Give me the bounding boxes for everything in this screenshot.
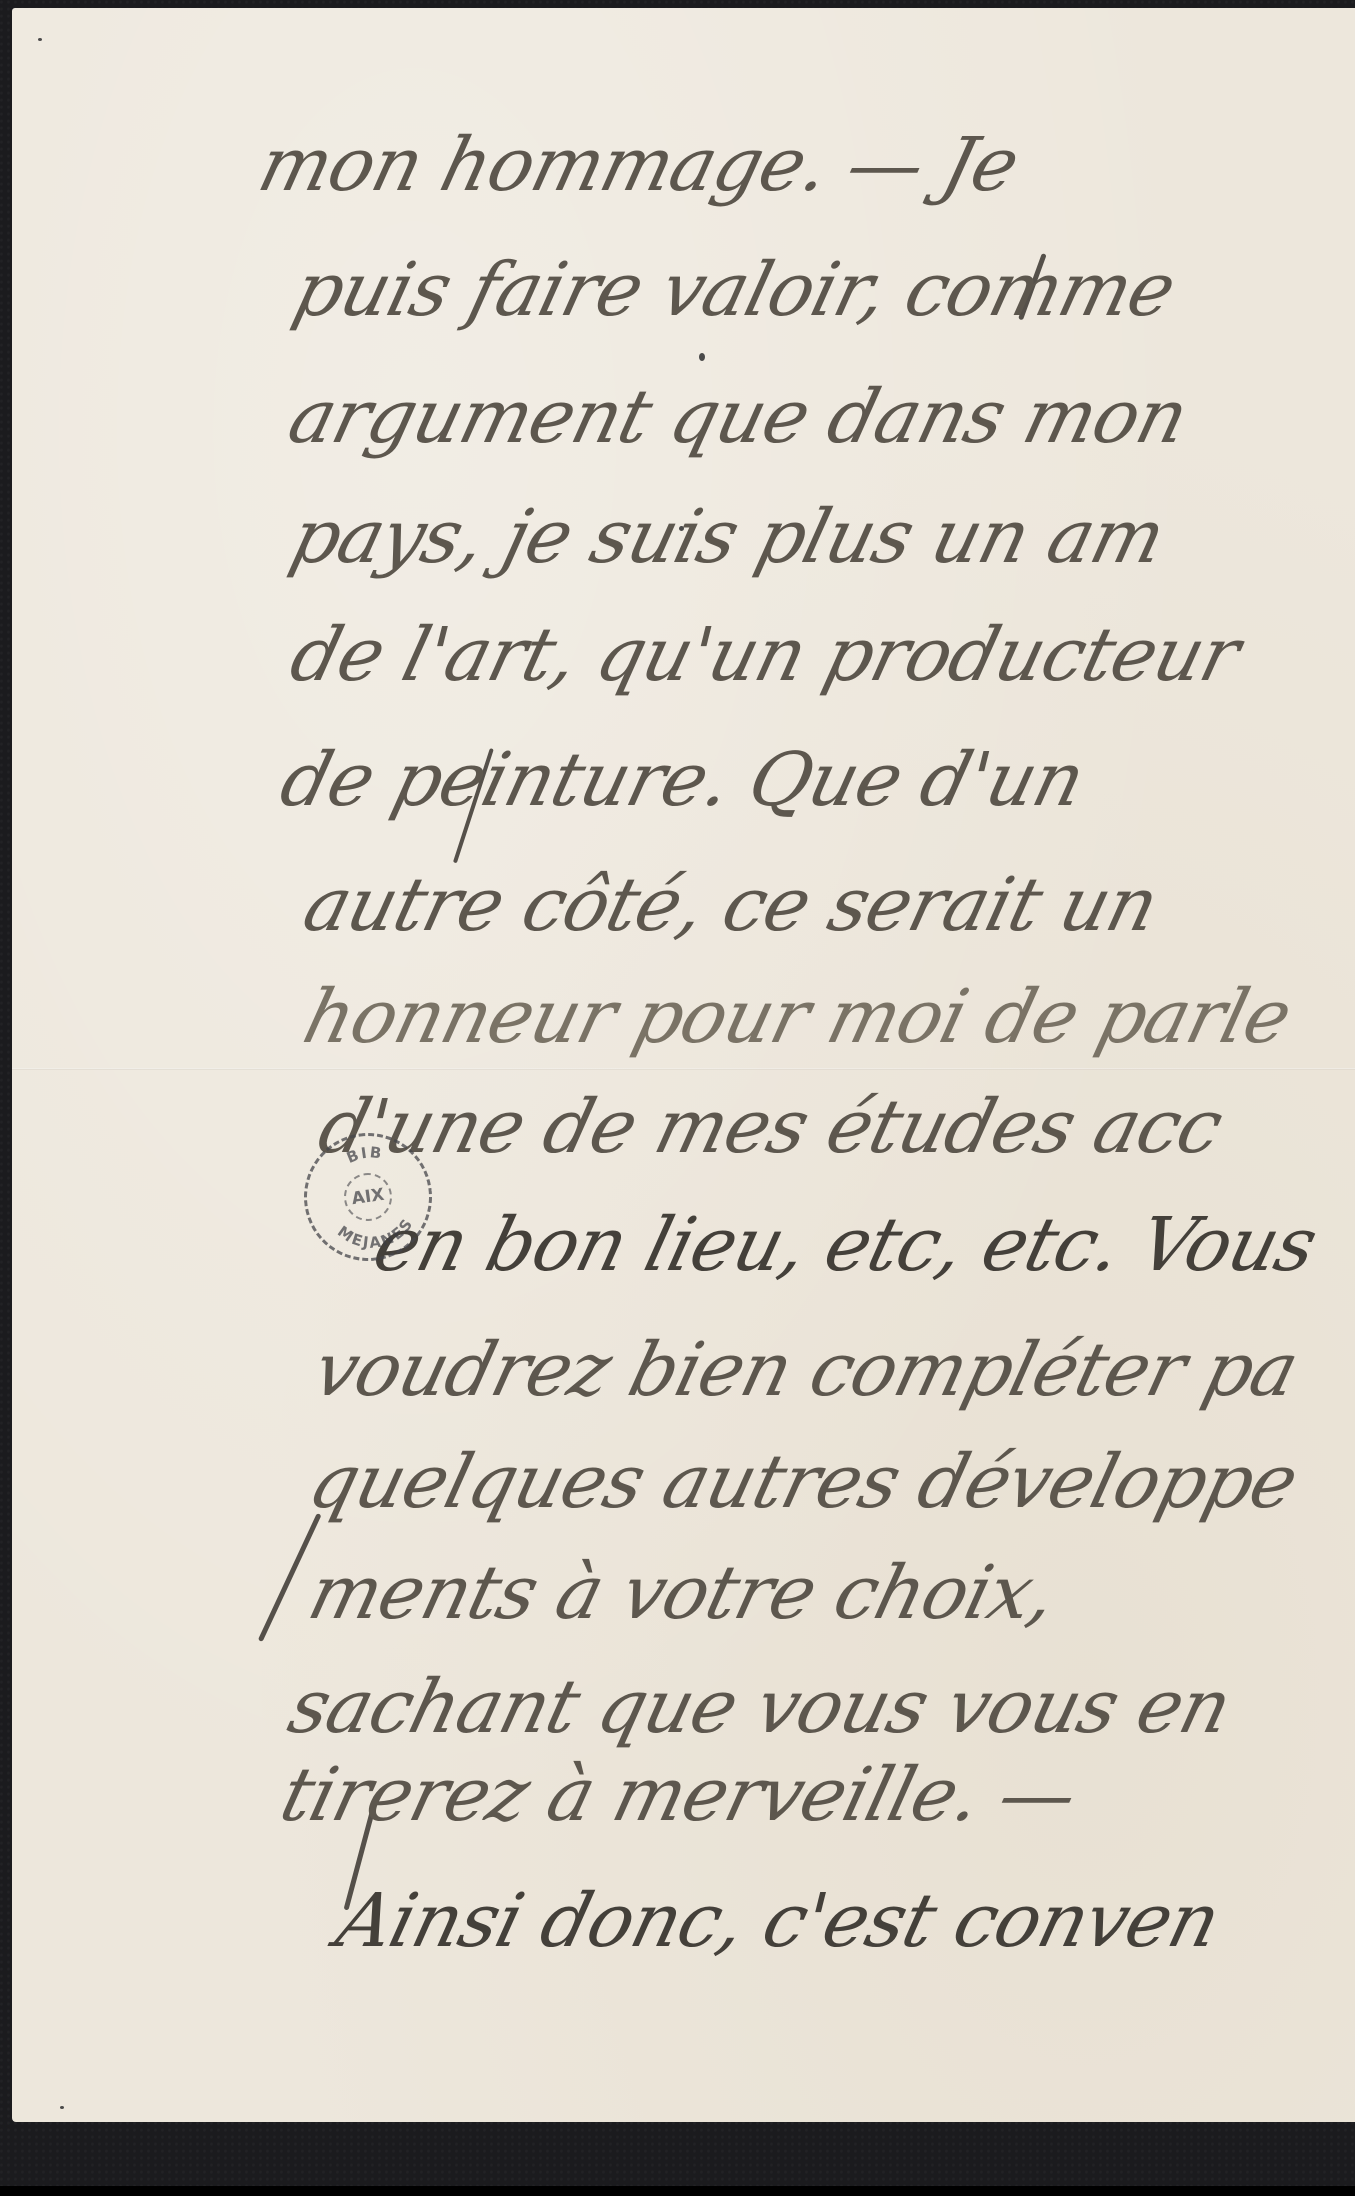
fold-crease bbox=[12, 1068, 1355, 1070]
letter-line-11: voudrez bien compléter pa bbox=[307, 1333, 1304, 1407]
letter-line-4: pays, je suis plus un am bbox=[284, 500, 1171, 574]
letter-line-2: puis faire valoir, comme bbox=[287, 253, 1182, 327]
letter-line-6: de peinture. Que d'un bbox=[274, 743, 1091, 817]
letter-line-15: tirerez à merveille. — bbox=[274, 1758, 1083, 1832]
letter-line-8: honneur pour moi de parle bbox=[297, 980, 1298, 1054]
letter-line-7: autre côté, ce serait un bbox=[297, 868, 1164, 942]
library-stamp: MEJANES BIB AIX bbox=[296, 1125, 441, 1270]
letter-line-5: de l'art, qu'un producteur bbox=[284, 618, 1246, 692]
stamp-ring-top-text: BIB bbox=[343, 1141, 386, 1167]
letter-line-13: ments à votre choix, bbox=[302, 1556, 1062, 1630]
letter-line-14: sachant que vous vous en bbox=[282, 1670, 1238, 1744]
letter-line-12: quelques autres développe bbox=[302, 1445, 1304, 1519]
letter-line-3: argument que dans mon bbox=[282, 380, 1194, 454]
letter-line-1: mon hommage. — Je bbox=[252, 128, 1025, 202]
letter-line-10: en bon lieu, etc, etc. Vous bbox=[367, 1208, 1323, 1282]
ink-speck bbox=[699, 353, 705, 361]
letter-page: mon hommage. — Je puis faire valoir, com… bbox=[12, 8, 1355, 2122]
ink-speck bbox=[38, 38, 42, 41]
scan-bottom-band bbox=[0, 2186, 1355, 2196]
ink-speck bbox=[60, 2106, 64, 2109]
letter-line-16: Ainsi donc, c'est conven bbox=[330, 1884, 1226, 1958]
letter-line-9: d'une de mes études acc bbox=[312, 1090, 1229, 1164]
